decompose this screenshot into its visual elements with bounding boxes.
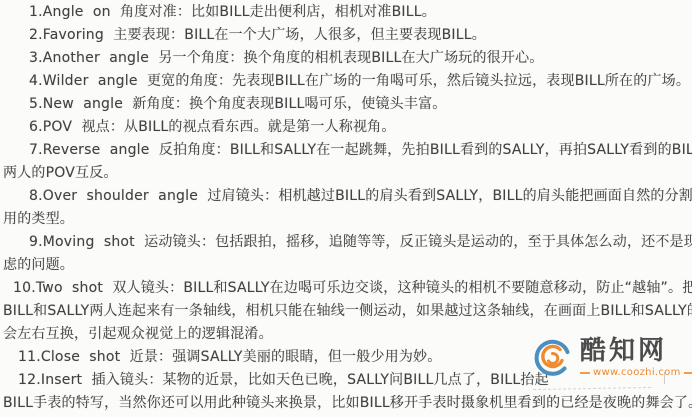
text-line-8-cont: 用的类型。 <box>0 208 692 231</box>
text-line-9: 9.Moving shot 运动镜头：包括跟拍，摇移，追随等等，反正镜头是运动的… <box>0 231 692 254</box>
text-line-3: 3.Another angle 另一个角度：换个角度的相机表现BILL在大广场玩… <box>0 47 692 70</box>
watermark-site-name: 酷知网 <box>580 337 688 365</box>
watermark-rule-right <box>684 372 692 374</box>
text-line-10: 10.Two shot 双人镜头：BILL和SALLY在边喝可乐边交谈，这种镜头… <box>0 277 692 300</box>
text-line-5: 5.New angle 新角度：换个角度表现BILL喝可乐，使镜头丰富。 <box>0 93 692 116</box>
text-line-2: 2.Favoring 主要表现：BILL在一个大广场，人很多，但主要表现BILL… <box>0 24 692 47</box>
text-line-9-cont: 虑的问题。 <box>0 254 692 277</box>
watermark: 酷知网 www.coozhi.com <box>531 337 691 379</box>
text-line-6: 6.POV 视点：从BILL的视点看东西。就是第一人称视角。 <box>0 116 692 139</box>
text-line-1: 1.Angle on 角度对准：比如BILL走出便利店，相机对准BILL。 <box>0 1 692 24</box>
text-line-12-cont: BILL手表的特写，当然你还可以用此种镜头来换景，比如BILL移开手表时摄象机里… <box>0 392 692 415</box>
text-line-10-cont1: BILL和SALLY两人连起来有一条轴线，相机只能在轴线一侧运动，如果越过这条轴… <box>0 300 692 323</box>
text-line-7-cont: 两人的POV互反。 <box>0 162 692 185</box>
coozhi-logo-icon <box>531 337 573 379</box>
scan-noise <box>664 372 666 384</box>
document-page: { "page": { "background": "#fbfbfa", "te… <box>0 0 692 417</box>
watermark-url-row: www.coozhi.com <box>580 367 692 378</box>
text-line-4: 4.Wilder angle 更宽的角度：先表现BILL在广场的一角喝可乐，然后… <box>0 70 692 93</box>
text-line-7: 7.Reverse angle 反拍角度：BILL和SALLY在一起跳舞，先拍B… <box>0 139 692 162</box>
watermark-url: www.coozhi.com <box>590 367 684 378</box>
watermark-rule-left <box>580 372 590 374</box>
text-line-8: 8.Over shoulder angle 过肩镜头：相机越过BILL的肩头看到… <box>0 185 692 208</box>
